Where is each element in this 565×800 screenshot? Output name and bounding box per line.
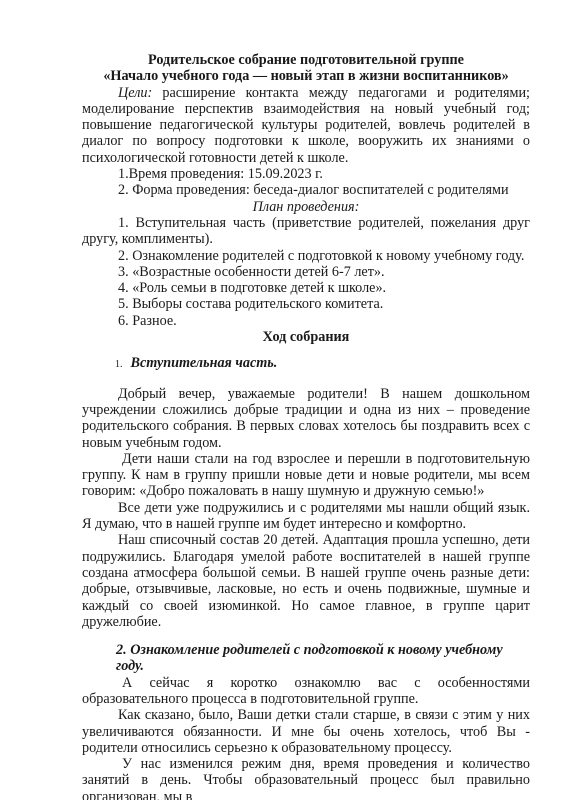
section-2-paragraph-2: Как сказано, было, Ваши детки стали стар… [82,707,530,756]
plan-item-1: 1. Вступительная часть (приветствие роди… [82,215,530,248]
section-2-paragraph-3: У нас изменился режим дня, время проведе… [82,756,530,800]
plan-item-4: 4. «Роль семьи в подготовке детей к школ… [82,280,530,296]
meeting-form: 2. Форма проведения: беседа-диалог воспи… [82,182,530,198]
section-1-paragraph-2: Дети наши стали на год взрослее и перешл… [82,451,530,500]
title-line-1: Родительское собрание подготовительной г… [82,52,530,68]
plan-item-3: 3. «Возрастные особенности детей 6-7 лет… [82,264,530,280]
section-1-paragraph-1: Добрый вечер, уважаемые родители! В наше… [82,386,530,451]
section-1-paragraph-3: Все дети уже подружились и с родителями … [82,500,530,533]
goals-paragraph: Цели: расширение контакта между педагога… [82,85,530,166]
course-heading: Ход собрания [82,329,530,345]
section-2-paragraph-1: А сейчас я коротко ознакомлю вас с особе… [82,675,530,708]
plan-item-2: 2. Ознакомление родителей с подготовкой … [82,248,530,264]
goals-label: Цели: [118,85,152,101]
section-1-title: Вступительная часть. [131,355,278,371]
plan-heading: План проведения: [82,199,530,215]
meeting-time: 1.Время проведения: 15.09.2023 г. [82,166,530,182]
plan-item-6: 6. Разное. [82,313,530,329]
plan-item-5: 5. Выборы состава родительского комитета… [82,296,530,312]
section-1-paragraph-4: Наш списочный состав 20 детей. Адаптация… [82,532,530,630]
section-1-number: 1. [115,359,123,370]
document-page: Родительское собрание подготовительной г… [82,52,530,800]
title-line-2: «Начало учебного года — новый этап в жиз… [82,68,530,84]
section-2-title: 2. Ознакомление родителей с подготовкой … [82,642,530,675]
section-1-heading: 1.Вступительная часть. [82,355,530,373]
